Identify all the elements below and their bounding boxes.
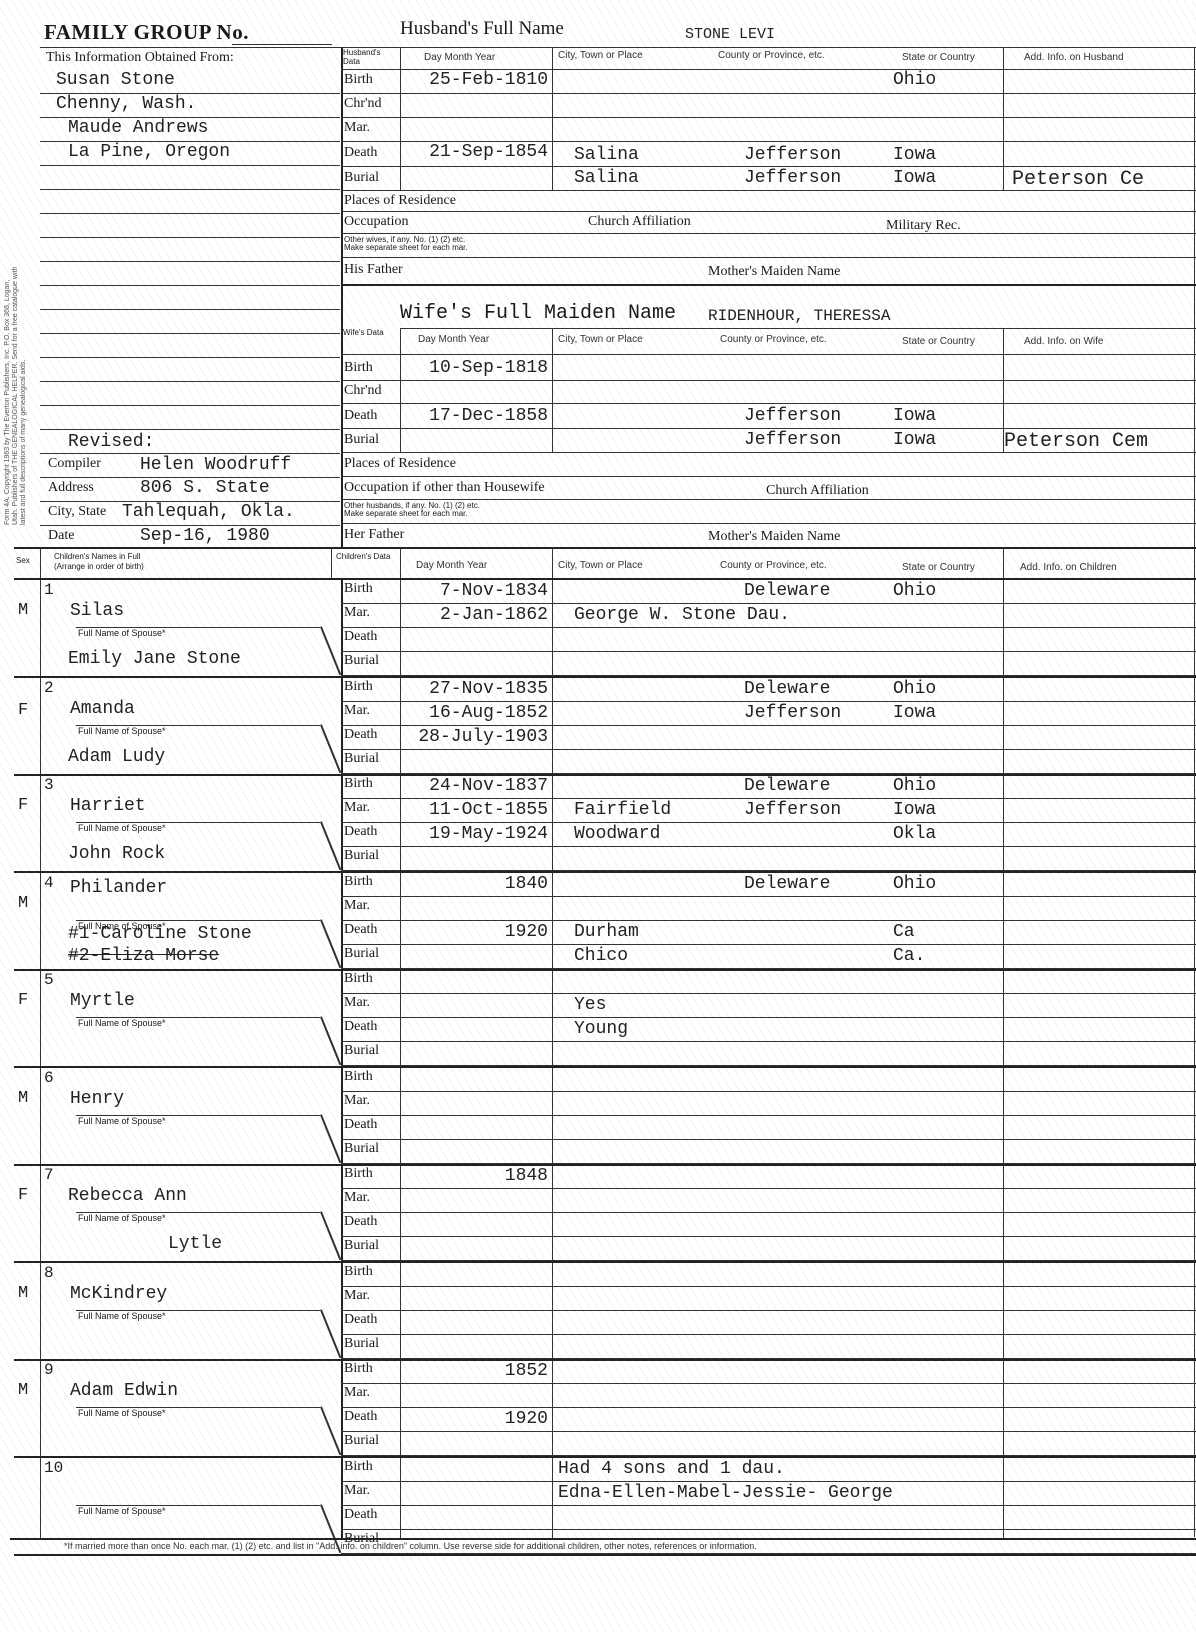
child-event-city[interactable]: Fairfield	[574, 800, 671, 820]
childrens-data-header: Children's Data	[336, 552, 396, 561]
child-spouse[interactable]: John Rock	[68, 844, 165, 864]
county-header: County or Province, etc.	[718, 50, 825, 61]
child-event-label: Burial	[344, 848, 379, 864]
children-names-subheader: (Arrange in order of birth)	[54, 562, 144, 571]
child-event-city[interactable]: Woodward	[574, 824, 660, 844]
child-event-city[interactable]: George W. Stone Dau.	[574, 605, 790, 625]
compiler-name[interactable]: Helen Woodruff	[140, 455, 291, 475]
child-number: 5	[44, 971, 54, 989]
husband-death-date[interactable]: 21-Sep-1854	[402, 142, 548, 162]
child-name[interactable]: Philander	[70, 878, 167, 898]
child-event-label: Birth	[344, 776, 373, 792]
child-name[interactable]: Rebecca Ann	[68, 1186, 187, 1206]
wife-state-header: State or Country	[902, 336, 975, 347]
child-event-label: Mar.	[344, 1190, 370, 1206]
child-event-county[interactable]: Deleware	[744, 874, 830, 894]
child-event-date[interactable]: 1840	[402, 874, 548, 894]
child-number: 1	[44, 581, 54, 599]
child-event-state[interactable]: Okla	[893, 824, 936, 844]
add-info-husband-header: Add. Info. on Husband	[1024, 52, 1124, 63]
child-event-date[interactable]: 2-Jan-1862	[402, 605, 548, 625]
info-source-line-2[interactable]: Chenny, Wash.	[56, 94, 196, 114]
husband-marriage-label: Mar.	[344, 120, 370, 136]
children-date-header: Day Month Year	[416, 560, 487, 571]
child-event-state[interactable]: Ca	[893, 922, 915, 942]
child-event-label: Burial	[344, 946, 379, 962]
husband-military-label: Military Rec.	[886, 218, 961, 234]
spouse-label: Full Name of Spouse*	[78, 1312, 166, 1321]
child-event-label: Mar.	[344, 898, 370, 914]
child-event-label: Mar.	[344, 995, 370, 1011]
husband-residence-label: Places of Residence	[344, 193, 456, 209]
child-event-city[interactable]: Yes	[574, 995, 606, 1015]
husband-christened-label: Chr'nd	[344, 96, 382, 112]
child-event-label: Death	[344, 629, 377, 645]
husband-birth-label: Birth	[344, 72, 373, 88]
city-state-label: City, State	[48, 504, 106, 520]
wife-occupation-label: Occupation if other than Housewife	[344, 480, 545, 496]
child-block: M 8 McKindrey Full Name of Spouse* Birth…	[0, 1262, 1196, 1360]
child-number: 3	[44, 776, 54, 794]
child-event-label: Mar.	[344, 1385, 370, 1401]
info-obtained-label: This Information Obtained From:	[46, 50, 234, 66]
wife-death-label: Death	[344, 408, 377, 424]
husband-death-city[interactable]: Salina	[574, 145, 639, 165]
compiler-date[interactable]: Sep-16, 1980	[140, 526, 270, 546]
child-event-label: Burial	[344, 1043, 379, 1059]
child-event-label: Death	[344, 1214, 377, 1230]
spouse-label: Full Name of Spouse*	[78, 824, 166, 833]
child-event-label: Birth	[344, 874, 373, 890]
husband-burial-city[interactable]: Salina	[574, 168, 639, 188]
husband-burial-add-info[interactable]: Peterson Ce	[1012, 168, 1144, 191]
child-event-date[interactable]: 16-Aug-1852	[402, 703, 548, 723]
other-husbands-note-2: Make separate sheet for each mar.	[344, 509, 468, 518]
husband-church-label: Church Affiliation	[588, 214, 691, 230]
child-spouse[interactable]: Lytle	[168, 1234, 222, 1254]
other-wives-note-2: Make separate sheet for each mar.	[344, 243, 468, 252]
child-event-label: Birth	[344, 1264, 373, 1280]
child-event-state[interactable]: Ca.	[893, 946, 925, 966]
child-event-county[interactable]: Deleware	[744, 776, 830, 796]
child-event-county[interactable]: Deleware	[744, 581, 830, 601]
add-info-wife-header: Add. Info. on Wife	[1024, 336, 1104, 347]
child-number: 8	[44, 1264, 54, 1282]
child-event-label: Death	[344, 727, 377, 743]
wife-christened-label: Chr'nd	[344, 383, 382, 399]
child-event-label: Death	[344, 1409, 377, 1425]
child-event-label: Birth	[344, 679, 373, 695]
footer-note: *If married more than once No. each mar.…	[64, 1541, 757, 1551]
his-mother-maiden-label: Mother's Maiden Name	[708, 264, 840, 280]
child-event-city[interactable]: Young	[574, 1019, 628, 1039]
wife-residence-label: Places of Residence	[344, 456, 456, 472]
wife-birth-date[interactable]: 10-Sep-1818	[402, 358, 548, 378]
husband-full-name[interactable]: STONE LEVI	[685, 26, 775, 43]
child-event-label: Death	[344, 824, 377, 840]
child-event-label: Birth	[344, 581, 373, 597]
child-event-label: Birth	[344, 1069, 373, 1085]
her-mother-maiden-label: Mother's Maiden Name	[708, 529, 840, 545]
child-event-label: Burial	[344, 1433, 379, 1449]
child-event-label: Death	[344, 1507, 377, 1523]
child-spouse[interactable]: #1-Caroline Stone	[68, 924, 252, 944]
child-event-state[interactable]: Ohio	[893, 679, 936, 699]
child-number: 4	[44, 874, 54, 892]
child-block: F 3 Harriet Full Name of Spouse* John Ro…	[0, 774, 1196, 872]
child-event-label: Birth	[344, 1166, 373, 1182]
child-event-date[interactable]: 28-July-1903	[402, 727, 548, 747]
child-event-state[interactable]: Ohio	[893, 874, 936, 894]
child-event-state[interactable]: Iowa	[893, 703, 936, 723]
state-header: State or Country	[902, 52, 975, 63]
child-block: F 7 Rebecca Ann Full Name of Spouse* Lyt…	[0, 1164, 1196, 1262]
wife-death-state[interactable]: Iowa	[893, 406, 936, 426]
child-event-label: Mar.	[344, 1483, 370, 1499]
children-county-header: County or Province, etc.	[720, 560, 827, 571]
child-event-label: Birth	[344, 1361, 373, 1377]
child-event-label: Mar.	[344, 605, 370, 621]
child-event-date[interactable]: 1852	[402, 1361, 548, 1381]
child-number: 9	[44, 1361, 54, 1379]
date-header: Day Month Year	[424, 52, 495, 63]
spouse-label: Full Name of Spouse*	[78, 1117, 166, 1126]
husband-death-state[interactable]: Iowa	[893, 145, 936, 165]
wifes-data-header: Wife's Data	[343, 328, 399, 337]
child-event-date[interactable]: 24-Nov-1837	[402, 776, 548, 796]
wife-burial-state[interactable]: Iowa	[893, 430, 936, 450]
spouse-label: Full Name of Spouse*	[78, 1409, 166, 1418]
child-sex[interactable]: F	[18, 701, 28, 720]
child-event-label: Mar.	[344, 1093, 370, 1109]
child-event-label: Death	[344, 1019, 377, 1035]
date-label: Date	[48, 528, 74, 544]
husbands-data-header: Husband's Data	[343, 48, 399, 66]
child-name[interactable]: Silas	[70, 601, 124, 621]
child-event-label: Burial	[344, 1238, 379, 1254]
husband-death-county[interactable]: Jefferson	[744, 145, 841, 165]
child-sex[interactable]: M	[18, 1089, 28, 1108]
child-event-city[interactable]: Edna-Ellen-Mabel-Jessie- George	[558, 1483, 893, 1503]
child-block: F 5 Myrtle Full Name of Spouse* Birth Ma…	[0, 969, 1196, 1067]
wife-birth-label: Birth	[344, 360, 373, 376]
child-event-state[interactable]: Ohio	[893, 581, 936, 601]
child-number: 6	[44, 1069, 54, 1087]
her-father-label: Her Father	[344, 527, 404, 543]
child-event-label: Mar.	[344, 703, 370, 719]
spouse-label: Full Name of Spouse*	[78, 1214, 166, 1223]
wife-burial-label: Burial	[344, 432, 379, 448]
child-block: M 4 Philander Full Name of Spouse* #1-Ca…	[0, 872, 1196, 970]
child-spouse[interactable]: Emily Jane Stone	[68, 649, 241, 669]
child-event-state[interactable]: Iowa	[893, 800, 936, 820]
child-event-city[interactable]: Durham	[574, 922, 639, 942]
child-event-county[interactable]: Jefferson	[744, 703, 841, 723]
child-name[interactable]: Adam Edwin	[70, 1381, 178, 1401]
husband-occupation-label: Occupation	[344, 214, 409, 230]
child-event-date[interactable]: 27-Nov-1835	[402, 679, 548, 699]
sex-header: Sex	[16, 556, 30, 565]
child-event-date[interactable]: 7-Nov-1834	[402, 581, 548, 601]
wife-city-header: City, Town or Place	[558, 334, 643, 345]
children-state-header: State or Country	[902, 562, 975, 573]
child-event-date[interactable]: 1848	[402, 1166, 548, 1186]
child-sex[interactable]: F	[18, 1186, 28, 1205]
child-event-date[interactable]: 11-Oct-1855	[402, 800, 548, 820]
child-sex[interactable]: F	[18, 796, 28, 815]
wife-name-label: Wife's Full Maiden Name	[400, 302, 676, 325]
child-event-city[interactable]: Had 4 sons and 1 dau.	[558, 1459, 785, 1479]
child-event-label: Burial	[344, 1336, 379, 1352]
wife-church-label: Church Affiliation	[766, 483, 869, 499]
wife-burial-add-info[interactable]: Peterson Cem	[1004, 430, 1148, 453]
child-block: M 1 Silas Full Name of Spouse* Emily Jan…	[0, 579, 1196, 677]
child-event-label: Birth	[344, 971, 373, 987]
child-spouse-2[interactable]: #2-Eliza Morse	[68, 946, 219, 966]
child-event-date[interactable]: 19-May-1924	[402, 824, 548, 844]
child-name[interactable]: Henry	[70, 1089, 124, 1109]
child-sex[interactable]: M	[18, 1381, 28, 1400]
husband-burial-state[interactable]: Iowa	[893, 168, 936, 188]
child-sex[interactable]: M	[18, 601, 28, 620]
compiler-address[interactable]: 806 S. State	[140, 478, 270, 498]
child-block: M 9 Adam Edwin Full Name of Spouse* Birt…	[0, 1359, 1196, 1457]
child-event-label: Death	[344, 1312, 377, 1328]
husband-burial-label: Burial	[344, 170, 379, 186]
children-names-header: Children's Names in Full	[54, 552, 140, 561]
form-title: FAMILY GROUP No.	[44, 20, 249, 45]
child-event-label: Burial	[344, 1141, 379, 1157]
child-event-label: Death	[344, 1117, 377, 1133]
husband-burial-county[interactable]: Jefferson	[744, 168, 841, 188]
child-block: F 2 Amanda Full Name of Spouse* Adam Lud…	[0, 677, 1196, 775]
city-header: City, Town or Place	[558, 50, 643, 61]
child-event-label: Death	[344, 922, 377, 938]
add-info-children-header: Add. Info. on Children	[1020, 562, 1117, 573]
compiler-city-state[interactable]: Tahlequah, Okla.	[122, 502, 295, 522]
child-sex[interactable]: F	[18, 991, 28, 1010]
children-city-header: City, Town or Place	[558, 560, 643, 571]
child-sex[interactable]: M	[18, 894, 28, 913]
info-source-line-1[interactable]: Susan Stone	[56, 70, 175, 90]
wife-death-county[interactable]: Jefferson	[744, 406, 841, 426]
spouse-label: Full Name of Spouse*	[78, 629, 166, 638]
spouse-label: Full Name of Spouse*	[78, 1507, 166, 1516]
address-label: Address	[48, 480, 94, 496]
husband-birth-date[interactable]: 25-Feb-1810	[402, 70, 548, 90]
child-event-date[interactable]: 1920	[402, 1409, 548, 1429]
wife-date-header: Day Month Year	[418, 334, 489, 345]
info-source-line-4[interactable]: La Pine, Oregon	[68, 142, 230, 162]
copyright-notice: Form 4A. Copyright 1963 by The Everton P…	[4, 265, 28, 525]
child-event-county[interactable]: Deleware	[744, 679, 830, 699]
husband-name-label: Husband's Full Name	[400, 18, 564, 40]
child-event-label: Burial	[344, 653, 379, 669]
child-number: 10	[44, 1459, 63, 1477]
family-group-sheet: Form 4A. Copyright 1963 by The Everton P…	[0, 0, 1196, 1632]
wife-burial-county[interactable]: Jefferson	[744, 430, 841, 450]
child-event-label: Burial	[344, 751, 379, 767]
child-block: M 6 Henry Full Name of Spouse* Birth Mar…	[0, 1067, 1196, 1165]
child-event-state[interactable]: Ohio	[893, 776, 936, 796]
child-number: 7	[44, 1166, 54, 1184]
info-source-line-3[interactable]: Maude Andrews	[68, 118, 208, 138]
child-event-label: Mar.	[344, 800, 370, 816]
child-number: 2	[44, 679, 54, 697]
spouse-label: Full Name of Spouse*	[78, 727, 166, 736]
child-event-label: Mar.	[344, 1288, 370, 1304]
child-name[interactable]: Amanda	[70, 699, 135, 719]
compiler-label: Compiler	[48, 456, 101, 472]
his-father-label: His Father	[344, 262, 403, 278]
child-name[interactable]: Myrtle	[70, 991, 135, 1011]
revised-label: Revised:	[68, 432, 154, 452]
spouse-label: Full Name of Spouse*	[78, 1019, 166, 1028]
wife-full-maiden-name[interactable]: RIDENHOUR, THERESSA	[708, 307, 890, 325]
husband-death-label: Death	[344, 145, 377, 161]
child-spouse[interactable]: Adam Ludy	[68, 747, 165, 767]
child-sex[interactable]: M	[18, 1284, 28, 1303]
child-event-label: Birth	[344, 1459, 373, 1475]
wife-death-date[interactable]: 17-Dec-1858	[402, 406, 548, 426]
child-event-date[interactable]: 1920	[402, 922, 548, 942]
wife-county-header: County or Province, etc.	[720, 334, 827, 345]
child-name[interactable]: Harriet	[70, 796, 146, 816]
child-event-county[interactable]: Jefferson	[744, 800, 841, 820]
husband-birth-state[interactable]: Ohio	[893, 70, 936, 90]
child-event-city[interactable]: Chico	[574, 946, 628, 966]
child-name[interactable]: McKindrey	[70, 1284, 167, 1304]
